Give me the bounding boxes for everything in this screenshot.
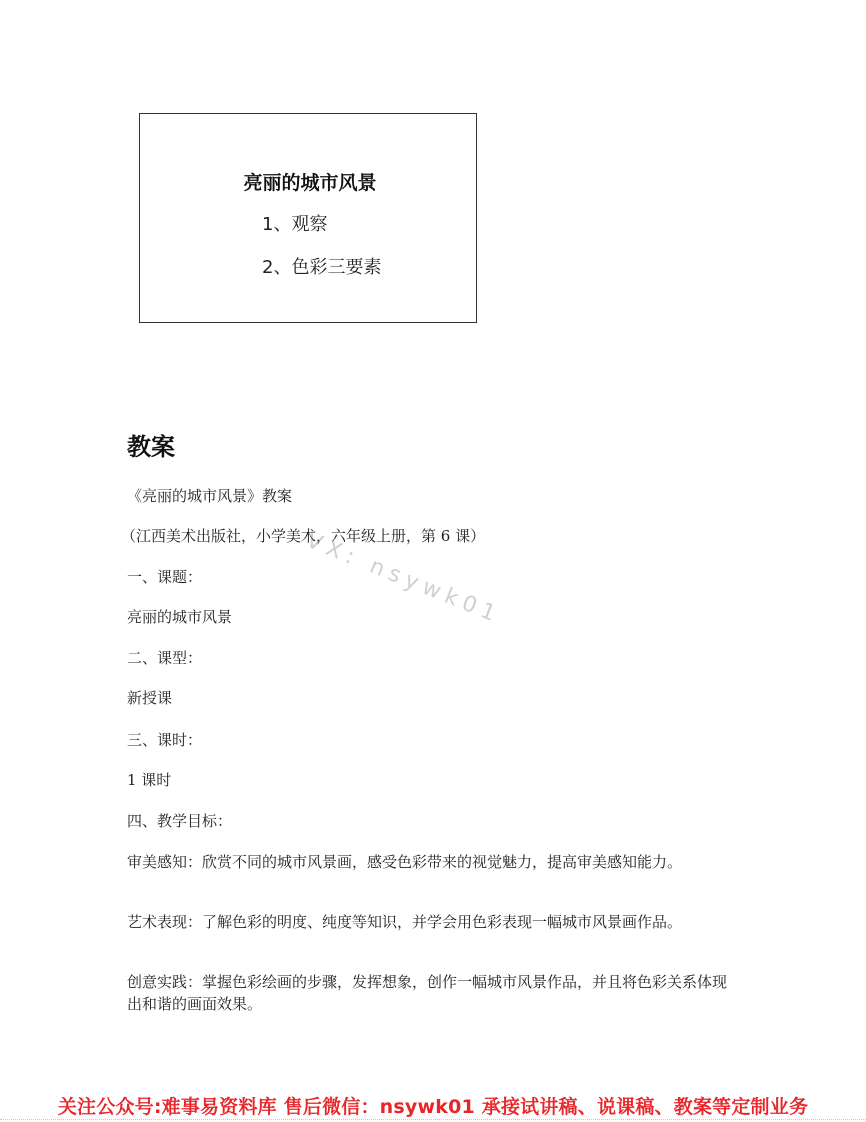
document-heading: 教案 xyxy=(127,427,175,462)
section-duration-value: 1 课时 xyxy=(127,769,737,791)
slide-title: 亮丽的城市风景 xyxy=(140,168,478,195)
section-goals-label: 四、教学目标： xyxy=(127,810,737,832)
section-type-label: 二、课型： xyxy=(127,647,737,669)
goal-creative-practice: 创意实践：掌握色彩绘画的步骤，发挥想象，创作一幅城市风景作品，并且将色彩关系体现… xyxy=(127,971,737,1015)
slide-item-observe: 1、观察 xyxy=(262,210,327,236)
lesson-source: （江西美术出版社，小学美术，六年级上册，第 6 课） xyxy=(121,525,731,547)
section-topic-value: 亮丽的城市风景 xyxy=(127,606,737,628)
lesson-title: 《亮丽的城市风景》教案 xyxy=(127,485,737,507)
footer-divider xyxy=(0,1119,866,1120)
footer-banner: 关注公众号:难事易资料库 售后微信：nsywk01 承接试讲稿、说课稿、教案等定… xyxy=(0,1092,866,1122)
slide-thumbnail: 亮丽的城市风景 1、观察 2、色彩三要素 xyxy=(139,113,477,323)
section-duration-label: 三、课时： xyxy=(127,729,737,751)
goal-aesthetic-perception: 审美感知：欣赏不同的城市风景画，感受色彩带来的视觉魅力，提高审美感知能力。 xyxy=(127,851,737,873)
slide-item-color-elements: 2、色彩三要素 xyxy=(262,253,381,279)
section-type-value: 新授课 xyxy=(127,687,737,709)
goal-artistic-expression: 艺术表现：了解色彩的明度、纯度等知识，并学会用色彩表现一幅城市风景画作品。 xyxy=(127,911,737,933)
